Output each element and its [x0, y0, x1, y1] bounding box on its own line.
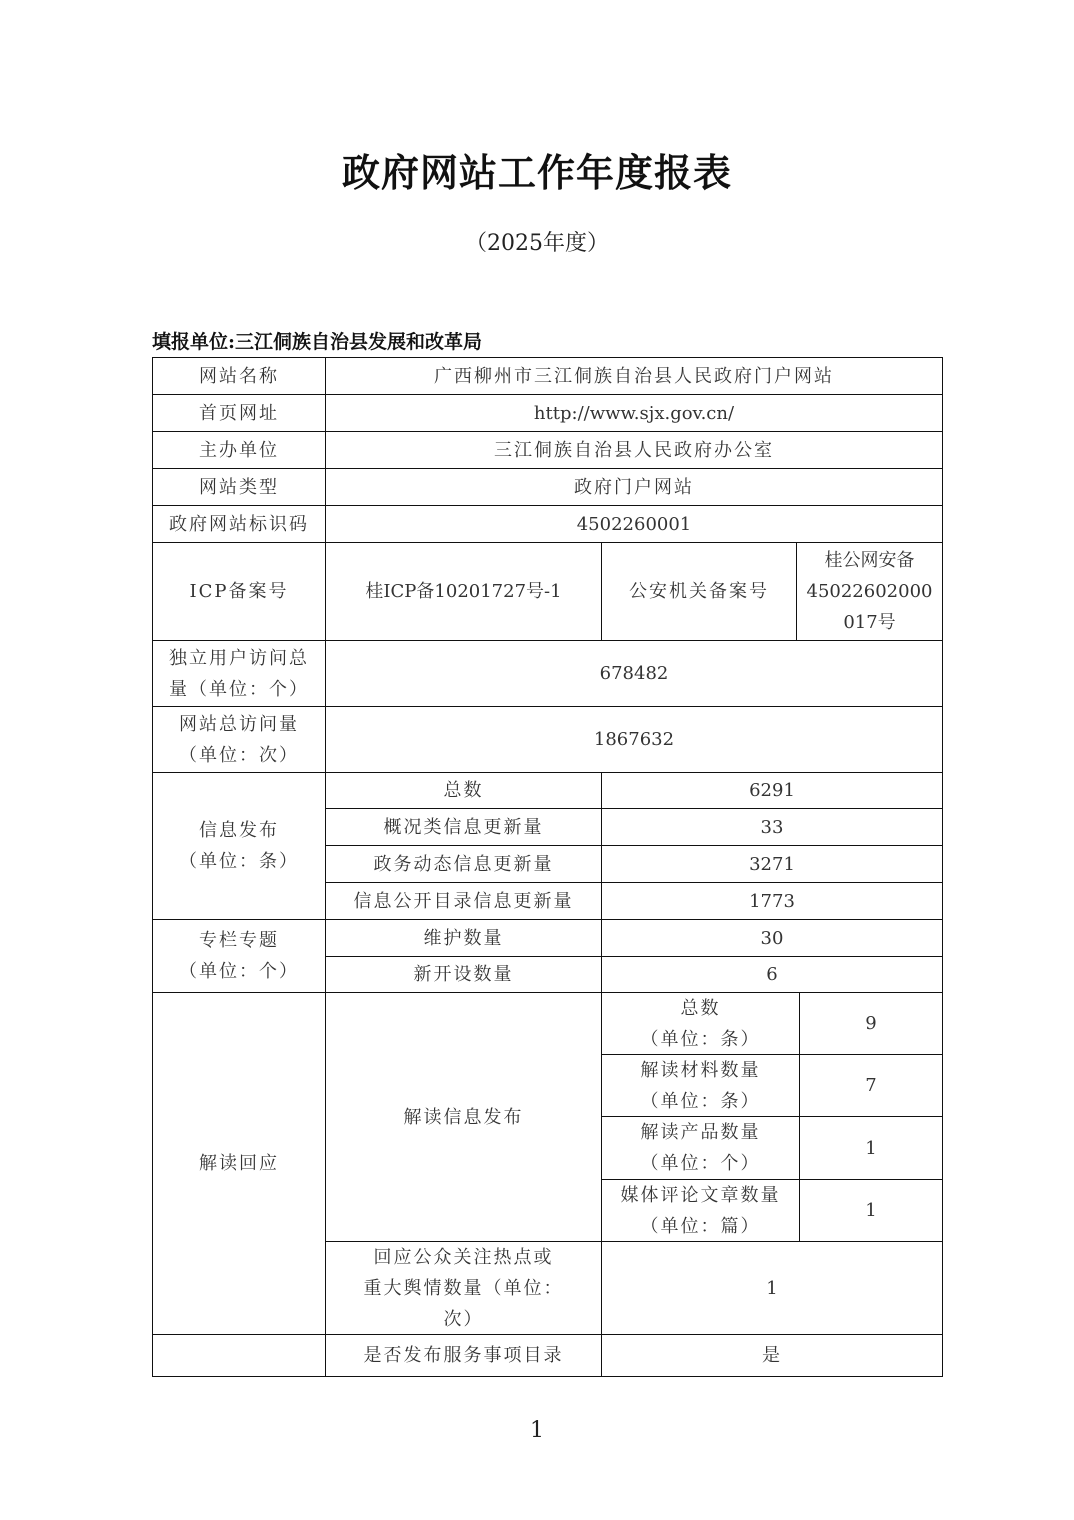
label-columns: 专栏专题 （单位：个） [152, 919, 326, 993]
label-police-record: 公安机关备案号 [601, 542, 797, 641]
columns-row-label: 维护数量 [325, 919, 602, 957]
interpretation-row-label: 解读材料数量 （单位：条） [601, 1054, 800, 1117]
label-total-visits: 网站总访问量 （单位：次） [152, 706, 326, 773]
label-icp: ICP备案号 [152, 542, 326, 641]
interpretation-row-value: 1 [799, 1116, 943, 1180]
info-publish-row-label: 政务动态信息更新量 [325, 845, 602, 883]
label-site-type: 网站类型 [152, 468, 326, 506]
info-publish-row-value: 33 [601, 808, 943, 846]
label-public-response: 回应公众关注热点或 重大舆情数量（单位： 次） [325, 1241, 602, 1335]
label-service-catalog: 是否发布服务事项目录 [325, 1334, 602, 1377]
info-publish-row-label: 信息公开目录信息更新量 [325, 882, 602, 920]
label-interpretation: 解读回应 [152, 992, 326, 1335]
label-site-name: 网站名称 [152, 357, 326, 395]
info-publish-row-value: 3271 [601, 845, 943, 883]
info-publish-row-value: 6291 [601, 772, 943, 809]
columns-row-value: 30 [601, 919, 943, 957]
columns-row-label: 新开设数量 [325, 956, 602, 993]
filler-unit: 填报单位:三江侗族自治县发展和改革局 [152, 327, 482, 354]
empty-cell [152, 1334, 326, 1377]
page-number: 1 [0, 1418, 1074, 1443]
info-publish-row-label: 概况类信息更新量 [325, 808, 602, 846]
label-interpretation-publish: 解读信息发布 [325, 992, 602, 1242]
value-homepage-url: http://www.sjx.gov.cn/ [325, 394, 943, 432]
interpretation-row-label: 媒体评论文章数量 （单位：篇） [601, 1179, 800, 1242]
columns-row-value: 6 [601, 956, 943, 993]
value-total-visits: 1867632 [325, 706, 943, 773]
value-icp: 桂ICP备10201727号-1 [325, 542, 602, 641]
value-site-code: 4502260001 [325, 505, 943, 543]
value-public-response: 1 [601, 1241, 943, 1335]
label-site-code: 政府网站标识码 [152, 505, 326, 543]
interpretation-row-label: 总数 （单位：条） [601, 992, 800, 1055]
value-unique-visitors: 678482 [325, 640, 943, 707]
label-homepage-url: 首页网址 [152, 394, 326, 432]
value-site-name: 广西柳州市三江侗族自治县人民政府门户网站 [325, 357, 943, 395]
interpretation-row-value: 1 [799, 1179, 943, 1242]
interpretation-row-label: 解读产品数量 （单位：个） [601, 1116, 800, 1180]
info-publish-row-value: 1773 [601, 882, 943, 920]
info-publish-row-label: 总数 [325, 772, 602, 809]
value-sponsor: 三江侗族自治县人民政府办公室 [325, 431, 943, 469]
page-title: 政府网站工作年度报表 [0, 142, 1074, 197]
label-unique-visitors: 独立用户访问总 量（单位：个） [152, 640, 326, 707]
value-site-type: 政府门户网站 [325, 468, 943, 506]
label-info-publish: 信息发布 （单位：条） [152, 772, 326, 920]
value-police-record: 桂公网安备 45022602000 017号 [796, 542, 943, 641]
interpretation-row-value: 9 [799, 992, 943, 1055]
page-subtitle: （2025年度） [0, 226, 1074, 257]
label-sponsor: 主办单位 [152, 431, 326, 469]
value-service-catalog: 是 [601, 1334, 943, 1377]
interpretation-row-value: 7 [799, 1054, 943, 1117]
